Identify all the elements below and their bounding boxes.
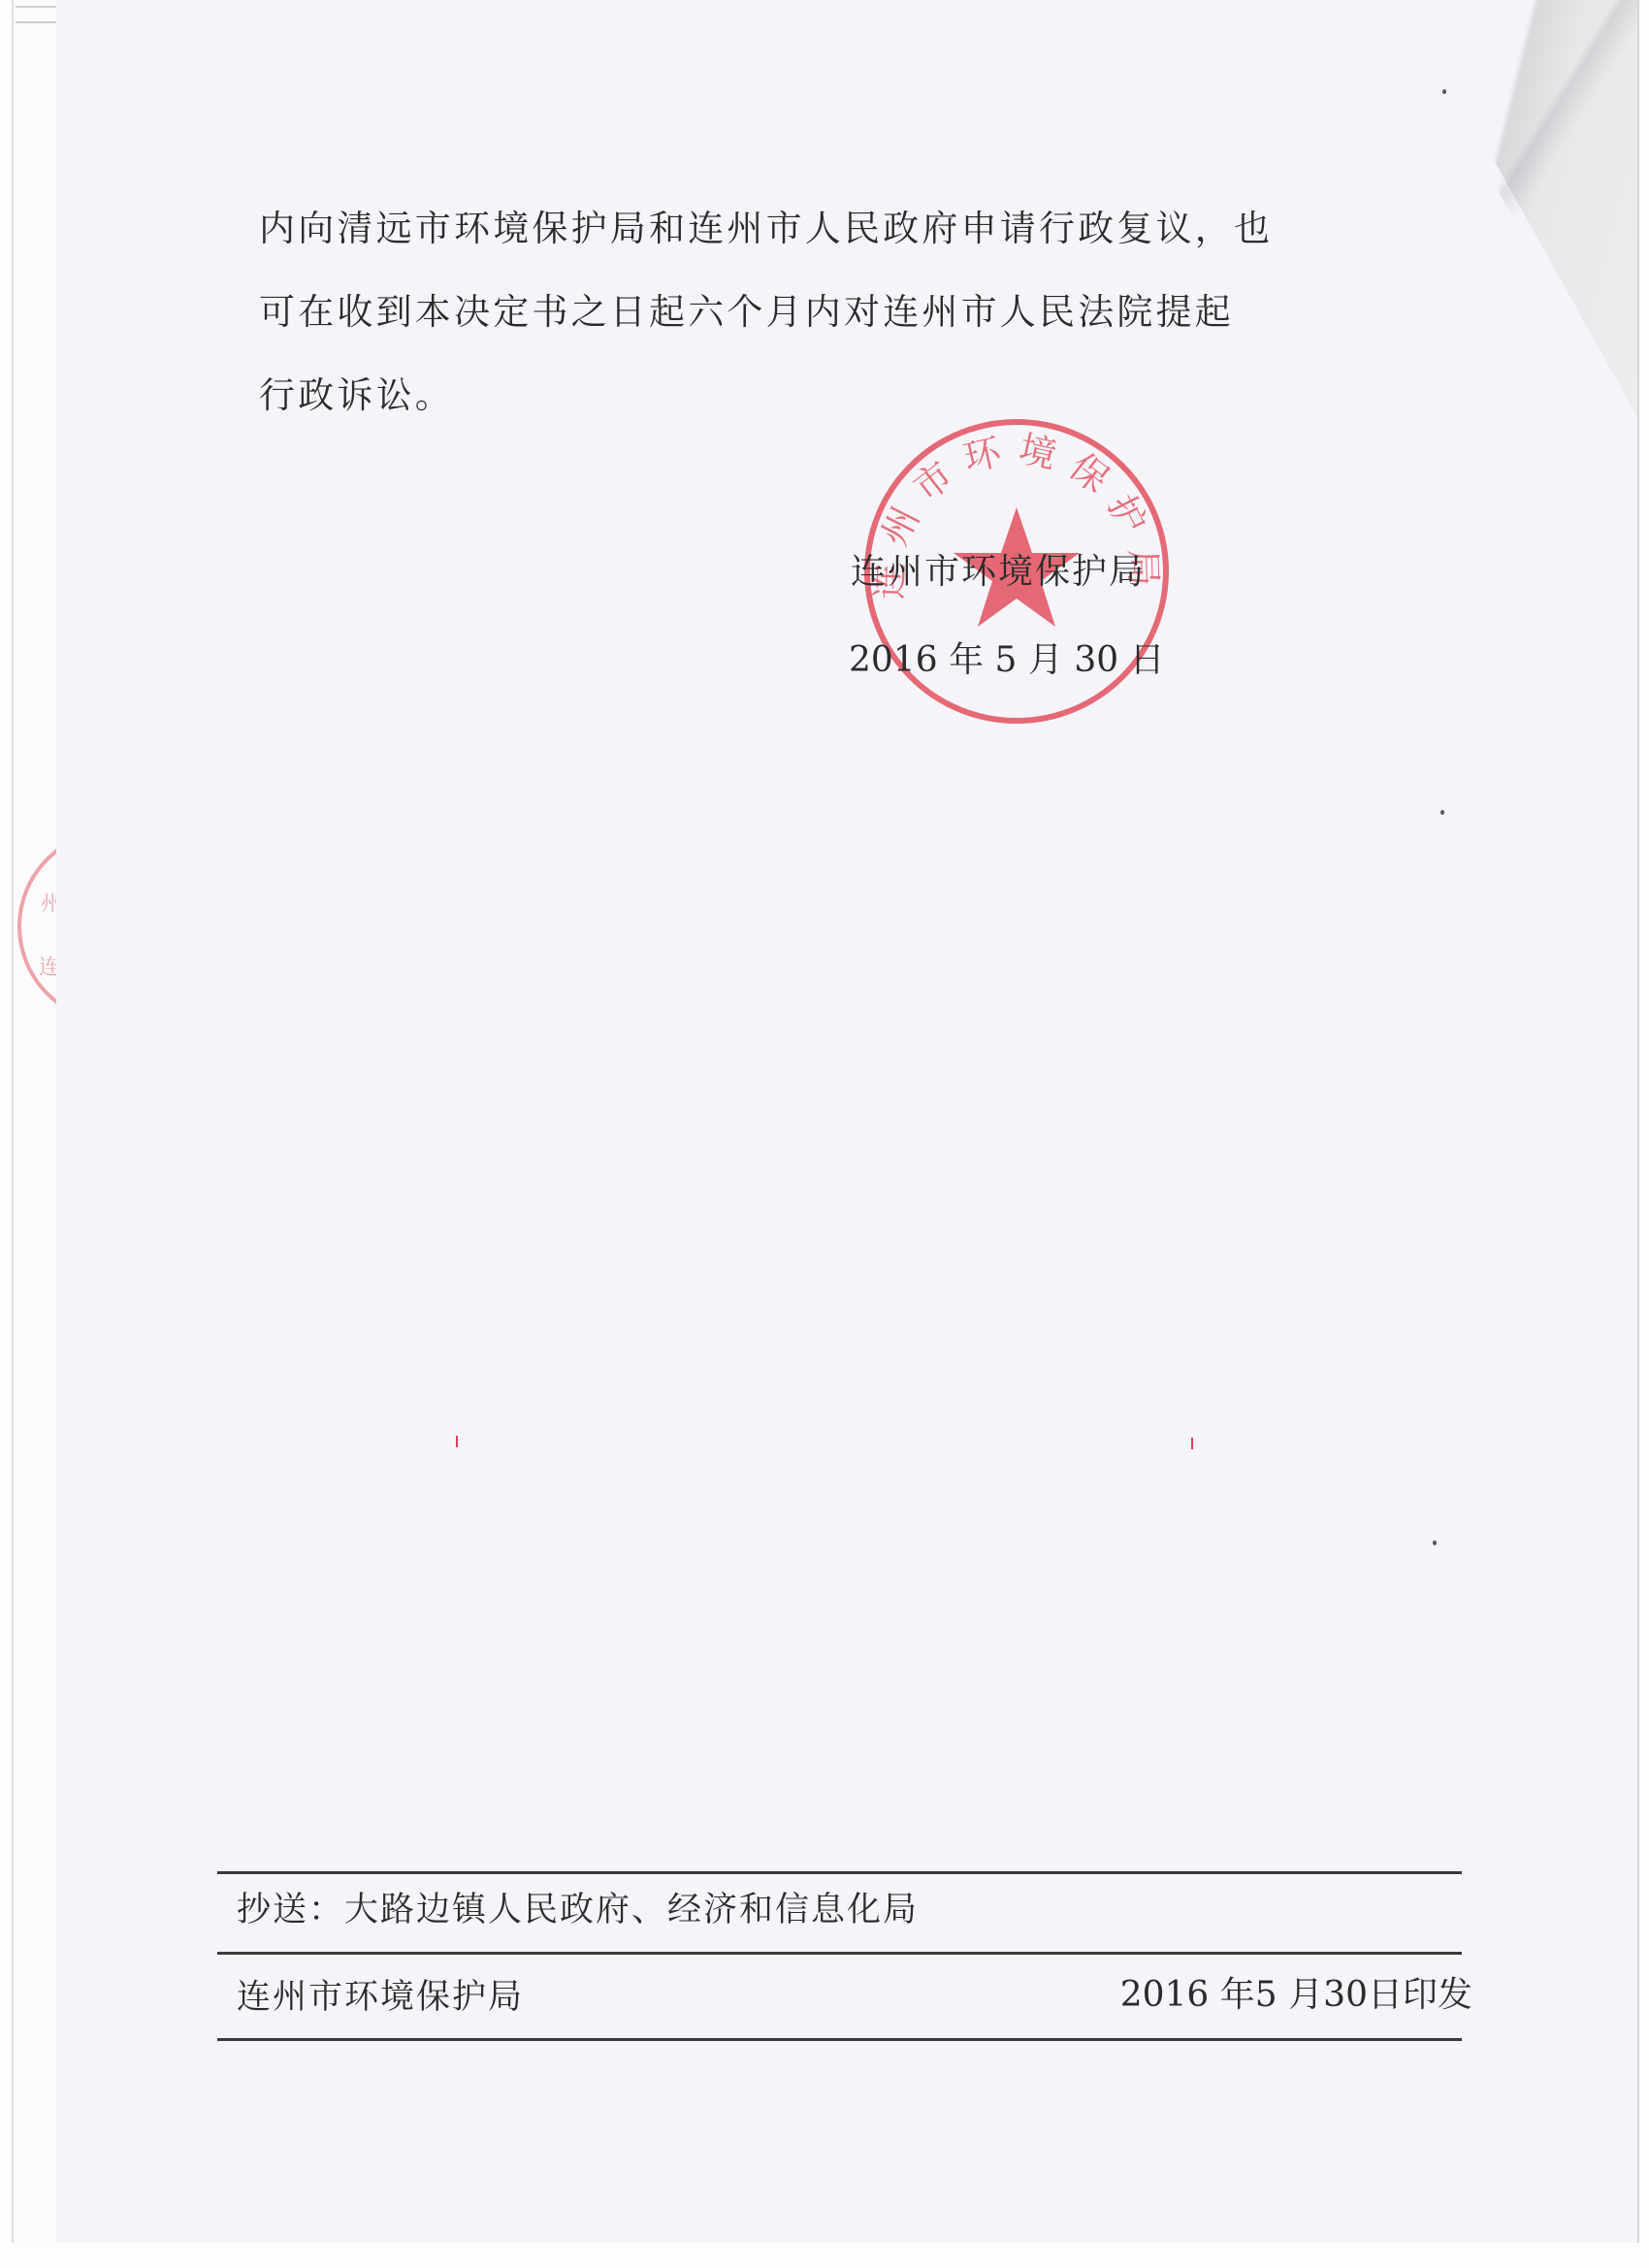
signature-date: 2016 年 5 月 30 日 — [849, 638, 1165, 683]
body-paragraph-line: 内向清远市环境保护局和连州市人民政府申请行政复议，也 — [259, 210, 1442, 248]
cc-line: 抄送：大路边镇人民政府、经济和信息化局 — [237, 1888, 919, 1932]
cc-recipients: 大路边镇人民政府、经济和信息化局 — [344, 1891, 919, 1929]
scan-speck — [1433, 1540, 1437, 1545]
date-year: 2016 — [849, 640, 938, 680]
footer-rule-bottom — [217, 2038, 1462, 2041]
date-month-unit: 月 — [1028, 640, 1063, 680]
footer-issuer: 连州市环境保护局 — [237, 1975, 524, 2020]
body-paragraph-line: 行政诉讼。 — [259, 376, 1442, 415]
scan-mark — [1191, 1438, 1193, 1449]
issue-day-unit: 日印发 — [1368, 1975, 1472, 2015]
issue-year-unit: 年 — [1220, 1975, 1255, 2015]
body-paragraph-line: 可在收到本决定书之日起六个月内对连州市人民法院提起 — [259, 293, 1442, 332]
issue-month-unit: 月 — [1288, 1975, 1323, 2015]
issue-day: 30 — [1323, 1975, 1368, 2015]
date-month: 5 — [995, 640, 1018, 680]
partial-seal-underlying-page: 州 连 — [12, 829, 58, 1033]
scan-mark — [456, 1436, 458, 1447]
footer-rule-top — [217, 1871, 1462, 1874]
page-edge-lines — [16, 6, 60, 23]
underlying-page-edge — [12, 0, 60, 2243]
partial-seal-ring — [17, 829, 58, 1023]
footer-issue-date: 2016 年5 月30日印发 — [1120, 1973, 1472, 2018]
issue-year: 2016 — [1120, 1975, 1210, 2015]
signature-issuer: 连州市环境保护局 — [851, 551, 1146, 594]
scan-speck — [1442, 89, 1446, 94]
footer-rule-middle — [217, 1952, 1462, 1955]
date-day-unit: 日 — [1130, 640, 1165, 680]
cc-label: 抄送： — [237, 1891, 344, 1929]
date-day: 30 — [1074, 640, 1118, 680]
scan-speck — [1440, 810, 1444, 815]
partial-seal-glyph: 连 — [39, 951, 58, 981]
date-year-unit: 年 — [949, 640, 984, 680]
issue-month: 5 — [1255, 1975, 1277, 2015]
